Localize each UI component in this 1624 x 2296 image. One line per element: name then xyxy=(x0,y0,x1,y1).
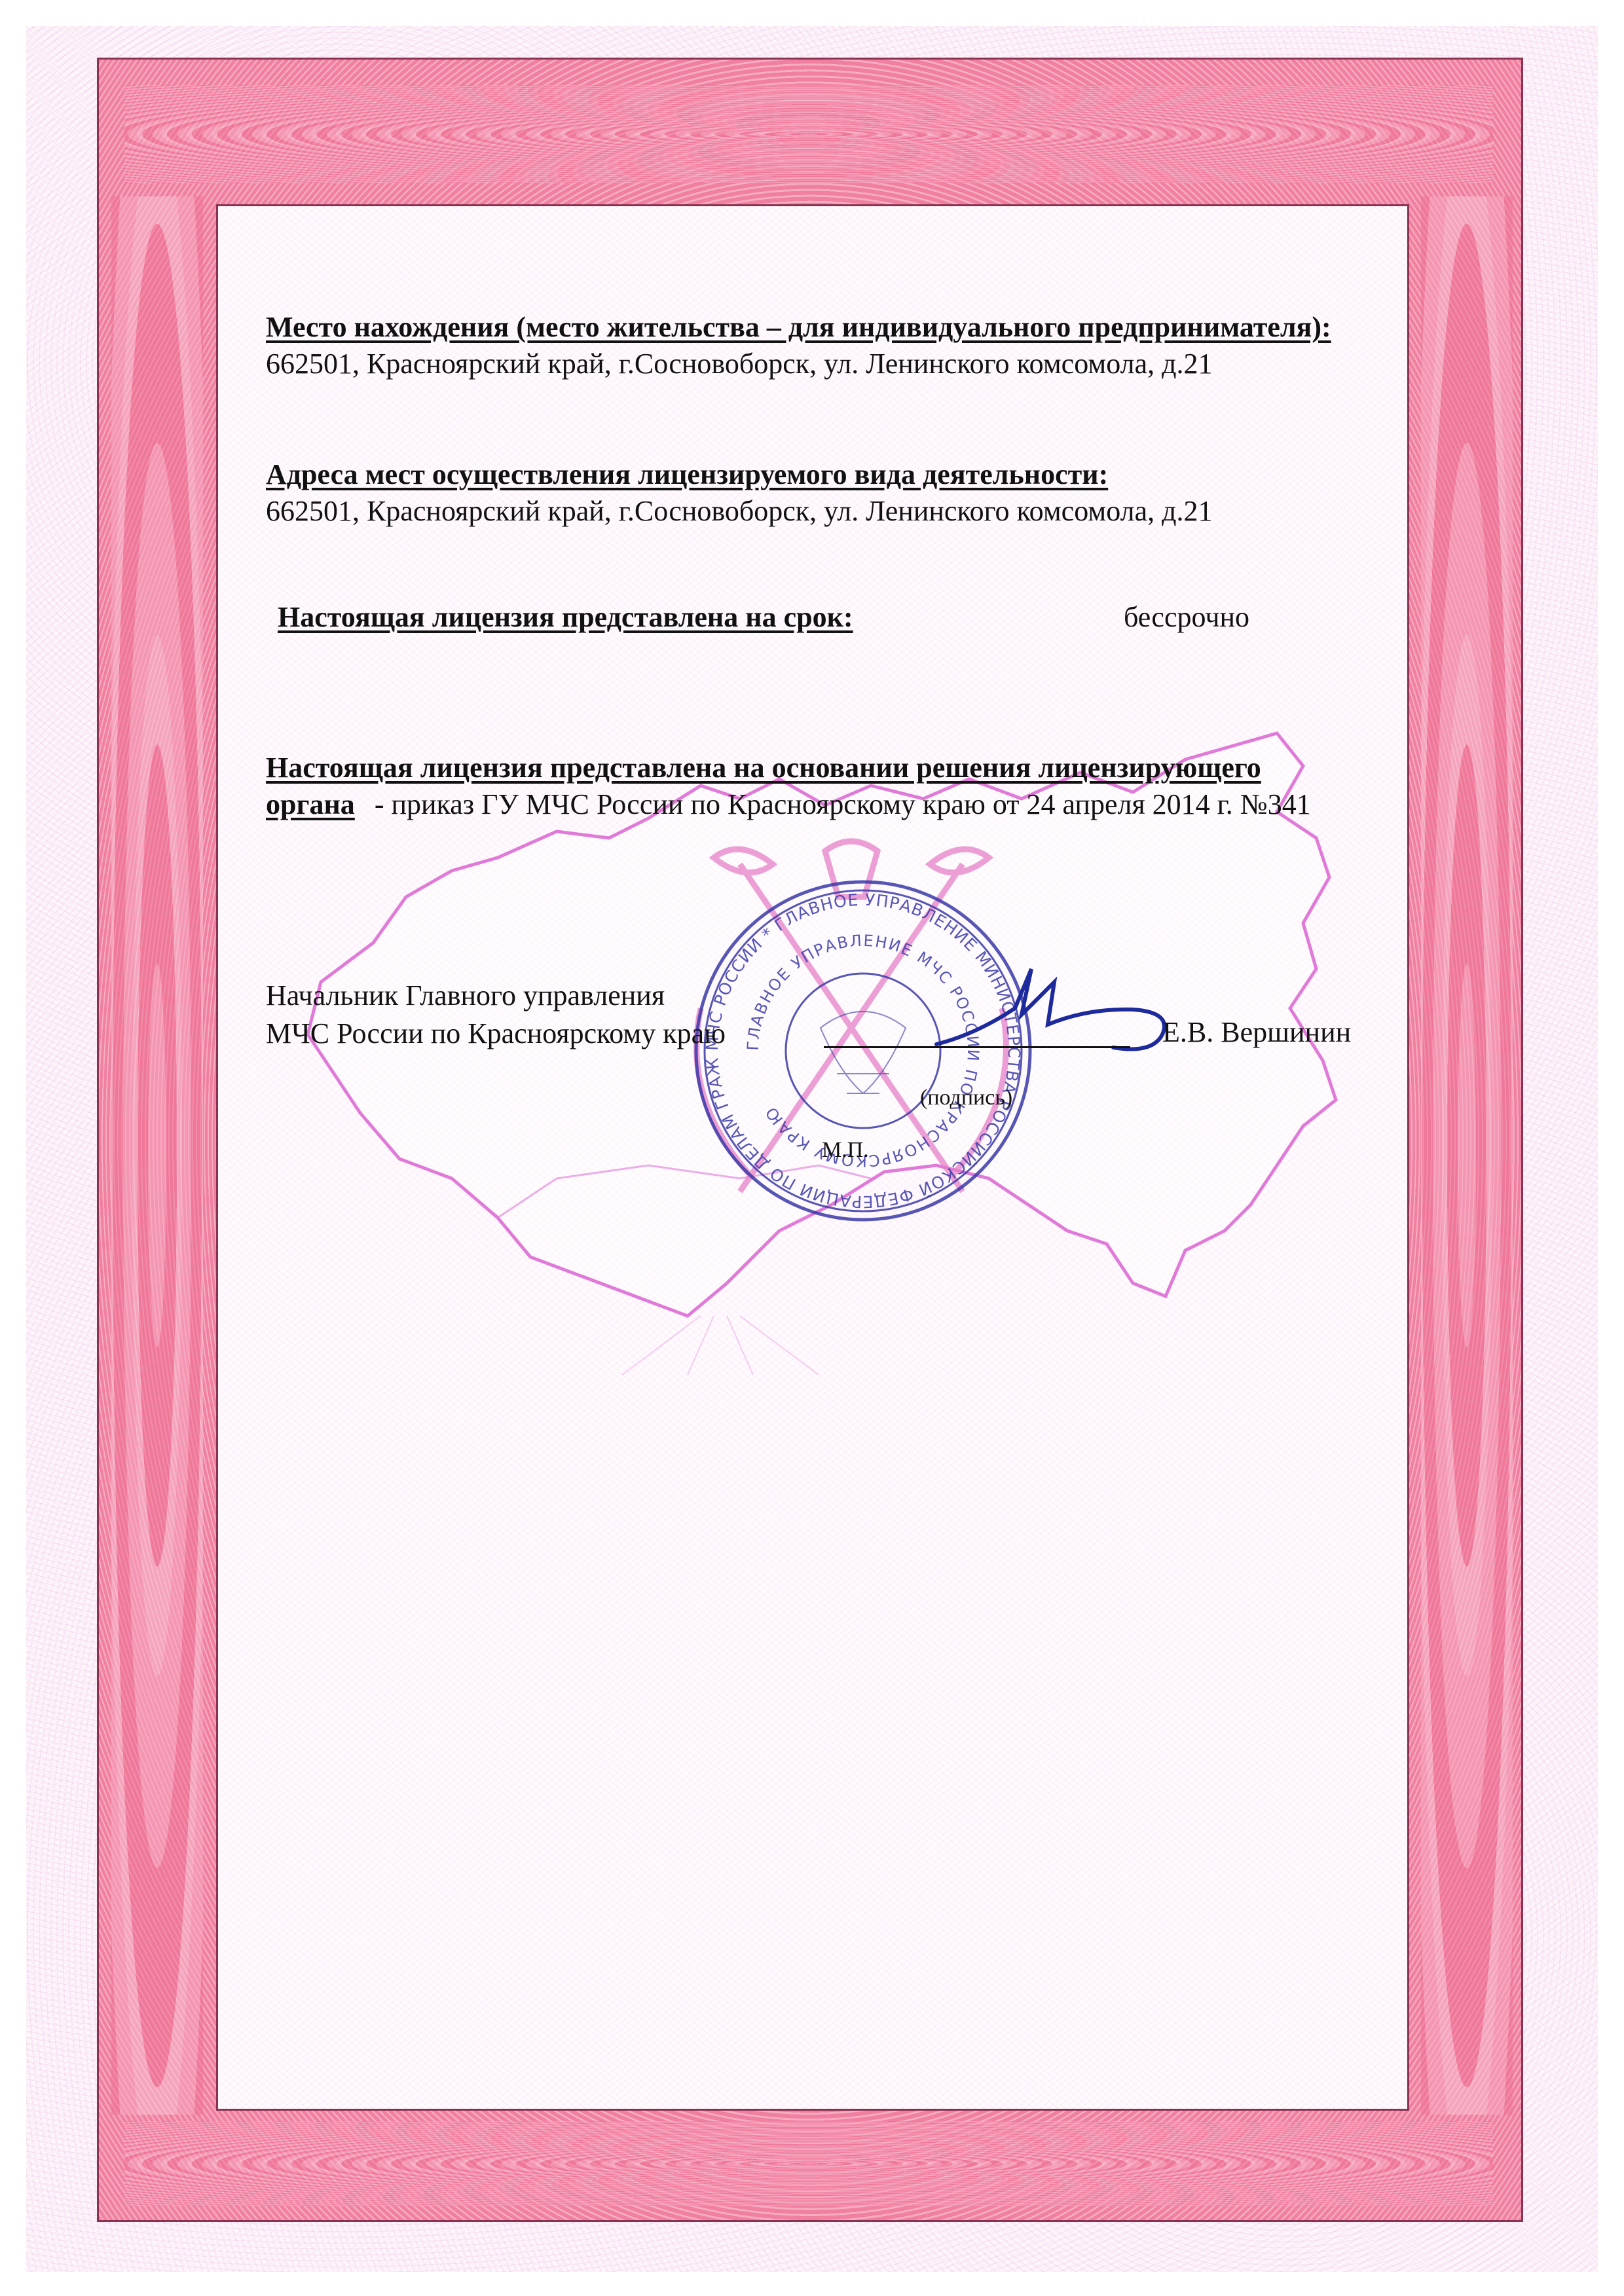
basis-value: - приказ ГУ МЧС России по Красноярскому … xyxy=(375,786,1311,823)
signer-name: Е.В. Вершинин xyxy=(1162,1013,1351,1051)
basis-heading-line1: Настоящая лицензия представлена на основ… xyxy=(266,750,1311,786)
signature-caption: (подпись) xyxy=(920,1085,1012,1110)
frame-left-band xyxy=(111,196,203,2115)
signatory-title: Начальник Главного управления МЧС России… xyxy=(266,977,726,1053)
addresses-section: Адреса мест осуществления лицензируемого… xyxy=(266,456,1213,530)
signatory-title-line1: Начальник Главного управления xyxy=(266,977,726,1015)
term-section: Настоящая лицензия представлена на срок: xyxy=(278,599,853,636)
frame-right-band xyxy=(1421,196,1513,2115)
addresses-value: 662501, Красноярский край, г.Сосновоборс… xyxy=(266,493,1213,530)
signature-line xyxy=(824,1046,1130,1048)
frame-bottom-band xyxy=(124,2121,1493,2206)
location-value: 662501, Красноярский край, г.Сосновоборс… xyxy=(266,346,1331,382)
addresses-heading: Адреса мест осуществления лицензируемого… xyxy=(266,456,1213,493)
term-heading: Настоящая лицензия представлена на срок: xyxy=(278,599,853,636)
location-heading: Место нахождения (место жительства – для… xyxy=(266,309,1331,346)
location-section: Место нахождения (место жительства – для… xyxy=(266,309,1331,382)
frame-top-band xyxy=(124,85,1493,183)
basis-heading-line2: органа xyxy=(266,786,355,823)
handwritten-signature xyxy=(917,962,1192,1067)
term-value: бессрочно xyxy=(1124,599,1249,636)
signatory-title-line2: МЧС России по Красноярскому краю xyxy=(266,1015,726,1053)
stamp-caption: М.П. xyxy=(822,1138,869,1163)
basis-section: Настоящая лицензия представлена на основ… xyxy=(266,750,1311,823)
license-page: МЧС РОССИИ * ГЛАВНОЕ УПРАВЛЕНИЕ МИНИСТЕР… xyxy=(0,0,1624,2296)
